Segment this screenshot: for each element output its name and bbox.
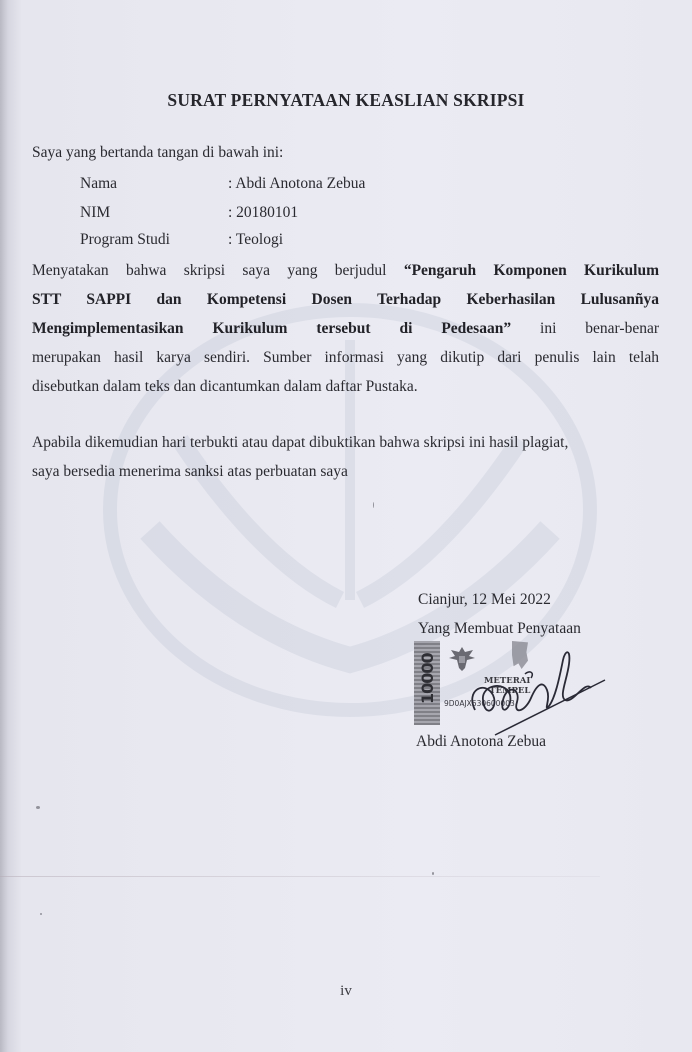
document-page: SURAT PERNYATAAN KEASLIAN SKRIPSI Saya y… bbox=[0, 0, 692, 1052]
intro-text: Saya yang bertanda tangan di bawah ini: bbox=[32, 144, 283, 162]
field-value-nim: : 20180101 bbox=[228, 204, 298, 222]
field-label-nim: NIM bbox=[80, 204, 110, 222]
statement-line-1: Menyatakan bahwa skripsi saya yang berju… bbox=[32, 256, 659, 285]
statement-line-4: merupakan hasil karya sendiri. Sumber in… bbox=[32, 343, 659, 372]
consequence-line-2: saya bersedia menerima sanksi atas perbu… bbox=[32, 457, 659, 486]
field-label-nama: Nama bbox=[80, 175, 117, 193]
statement-paragraph: Menyatakan bahwa skripsi saya yang berju… bbox=[32, 256, 659, 401]
paper-speck bbox=[432, 872, 434, 875]
statement-line-5: disebutkan dalam teks dan dicantumkan da… bbox=[32, 372, 659, 401]
statement-line-2: STT SAPPI dan Kompetensi Dosen Terhadap … bbox=[32, 285, 659, 314]
statement-line-3: Mengimplementasikan Kurikulum tersebut d… bbox=[32, 314, 659, 343]
consequence-line-1: Apabila dikemudian hari terbukti atau da… bbox=[32, 428, 659, 457]
stamp-denomination: 10000 bbox=[418, 649, 436, 709]
field-value-program-studi: : Teologi bbox=[228, 231, 283, 249]
signer-name: Abdi Anotona Zebua bbox=[416, 733, 546, 751]
thesis-title-part: STT SAPPI dan Kompetensi Dosen Terhadap … bbox=[32, 291, 659, 308]
consequence-paragraph: Apabila dikemudian hari terbukti atau da… bbox=[32, 428, 659, 486]
paper-speck bbox=[373, 502, 374, 508]
field-value-nama: : Abdi Anotona Zebua bbox=[228, 175, 365, 193]
page-number: iv bbox=[0, 983, 692, 1000]
place-date: Cianjur, 12 Mei 2022 bbox=[418, 589, 581, 618]
thesis-title-part: Mengimplementasikan Kurikulum tersebut d… bbox=[32, 320, 511, 337]
signature-block: Cianjur, 12 Mei 2022 Yang Membuat Penyat… bbox=[418, 589, 581, 647]
field-label-program-studi: Program Studi bbox=[80, 231, 170, 249]
paper-speck bbox=[40, 913, 42, 915]
document-title: SURAT PERNYATAAN KEASLIAN SKRIPSI bbox=[0, 90, 692, 111]
paper-fold-line bbox=[0, 876, 600, 877]
statement-text: Menyatakan bahwa skripsi saya yang berju… bbox=[32, 262, 404, 279]
paper-speck bbox=[36, 806, 40, 809]
handwritten-signature-icon bbox=[455, 640, 615, 740]
thesis-title-part: “Pengaruh Komponen Kurikulum bbox=[404, 262, 659, 279]
statement-text: ini benar-benar bbox=[511, 320, 659, 337]
